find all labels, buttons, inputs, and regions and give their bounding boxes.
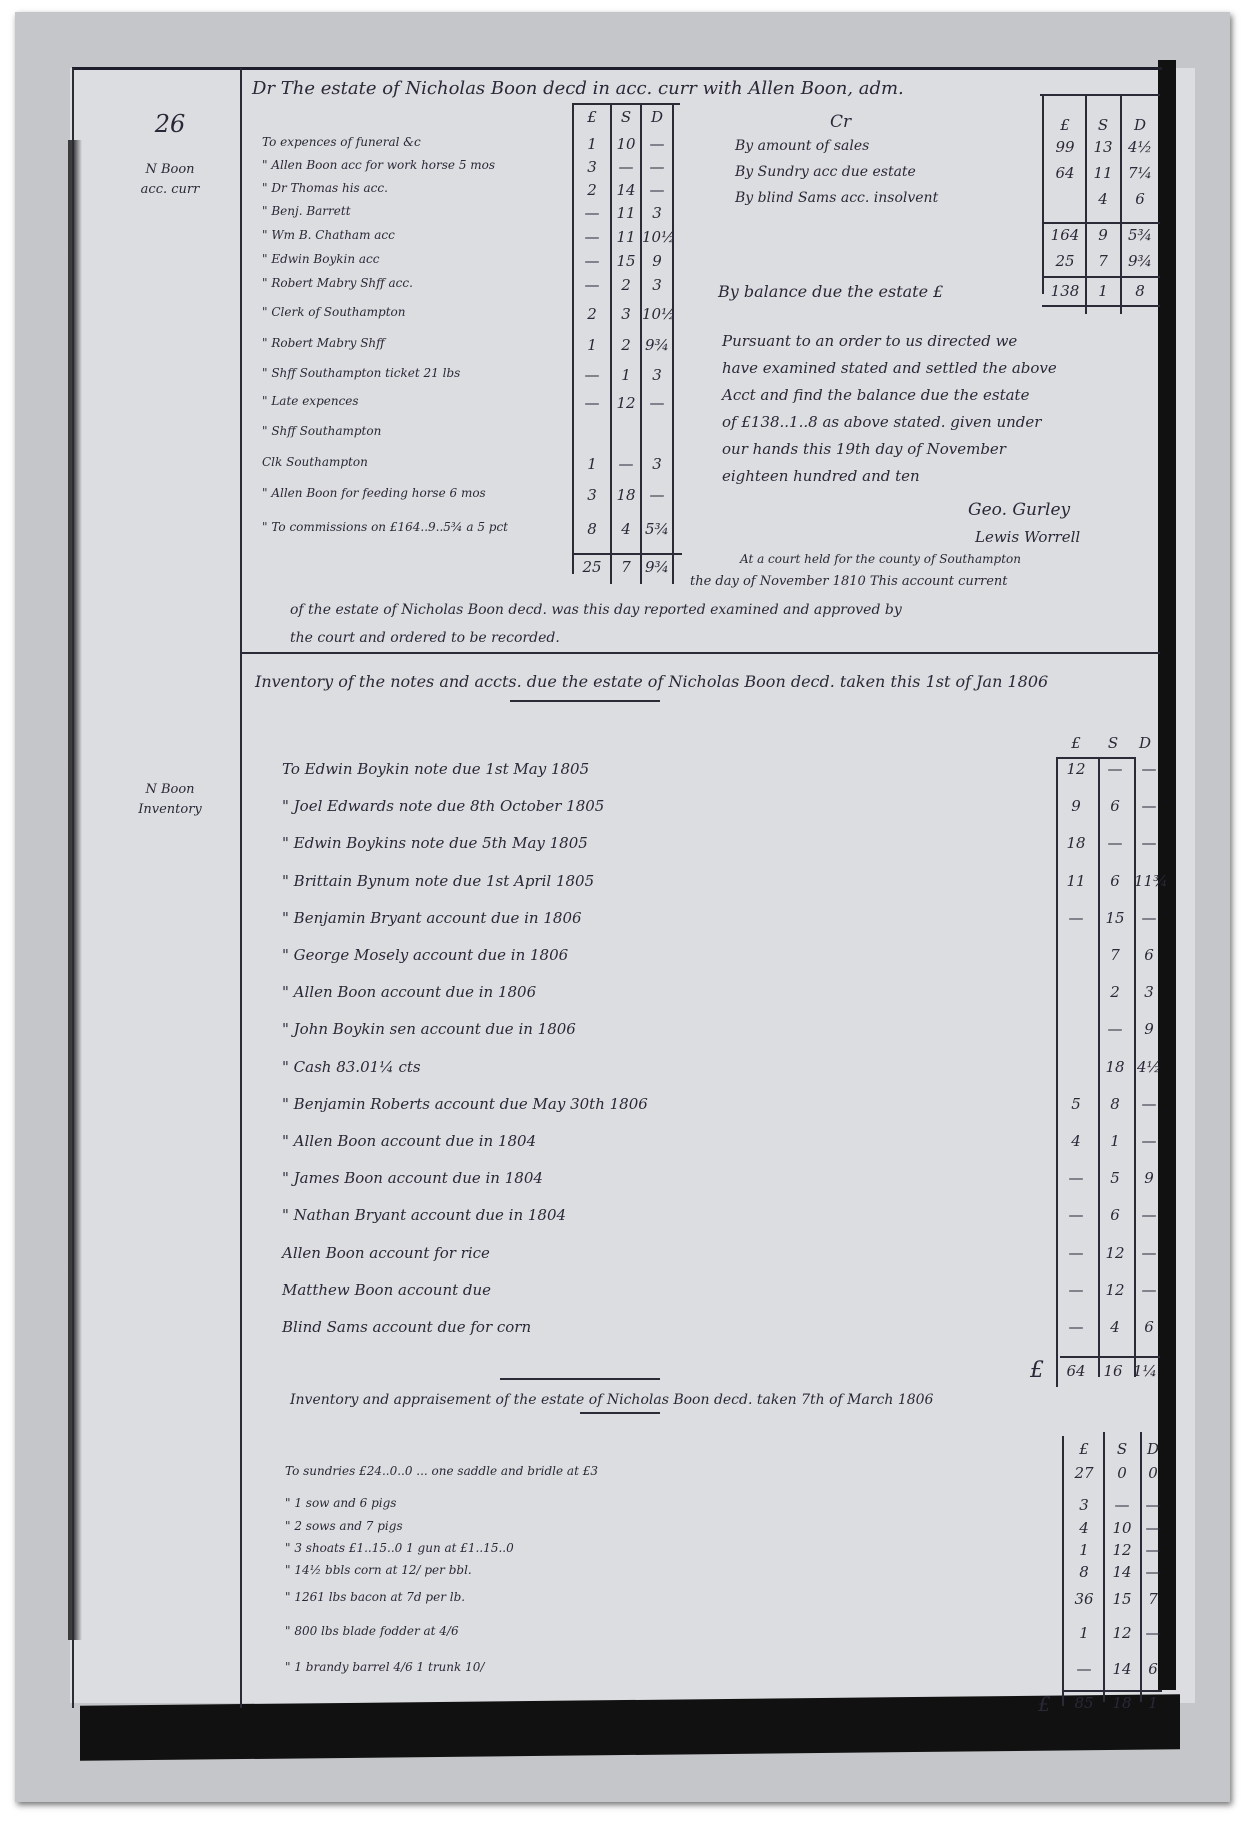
debit-header-pounds: £ (576, 108, 608, 126)
account-title: Dr The estate of Nicholas Boon decd in a… (252, 78, 904, 99)
credit-header-pounds: £ (1046, 116, 1084, 134)
entry-shillings: 13 (1087, 138, 1119, 156)
entry-pence: 9¾ (642, 336, 672, 354)
margin-note-inventory: N Boon Inventory (115, 780, 225, 820)
entry-description: Clk Southampton (262, 455, 368, 469)
entry-pence: — (1142, 1563, 1164, 1581)
entry-description: " Joel Edwards note due 8th October 1805 (282, 797, 604, 815)
entry-shillings: 5 (1098, 1169, 1132, 1187)
credit-subtotal-rule (1042, 222, 1160, 224)
entry-description: " 3 shoats £1..15..0 1 gun at £1..15..0 (285, 1541, 514, 1555)
entry-pounds: 27 (1066, 1464, 1102, 1482)
entry-pence: — (642, 181, 672, 199)
entry-shillings: 15 (1105, 1590, 1139, 1608)
debit-total-rule (572, 553, 682, 555)
entry-shillings: — (1098, 1020, 1132, 1038)
entry-pence: 6 (1134, 946, 1164, 964)
entry-description: " Benjamin Bryant account due in 1806 (282, 909, 582, 927)
entry-shillings: 3 (612, 305, 640, 323)
entry-description: " Robert Mabry Shff acc. (262, 276, 413, 290)
credit-header-pence: D (1122, 116, 1158, 134)
entry-description: " 1 sow and 6 pigs (285, 1496, 396, 1510)
entry-pence: 3 (1134, 983, 1164, 1001)
entry-shillings: 4 (612, 520, 640, 538)
inv-total-label: £ (1030, 1358, 1044, 1383)
entry-pounds: — (1058, 1281, 1094, 1299)
entry-shillings: 6 (1098, 1206, 1132, 1224)
balance-pounds: 138 (1046, 282, 1084, 300)
entry-pounds: 64 (1046, 164, 1084, 182)
entry-pence: — (642, 394, 672, 412)
credit-header-rule (1040, 94, 1160, 96)
entry-shillings: 4 (1087, 190, 1119, 208)
entry-shillings: 14 (612, 181, 640, 199)
entry-shillings: — (1098, 834, 1132, 852)
margin-divider (240, 68, 242, 1708)
entry-pence: 3 (642, 276, 672, 294)
entry-description: Matthew Boon account due (282, 1281, 491, 1299)
entry-pounds: 8 (1066, 1563, 1102, 1581)
entry-shillings: 14 (1105, 1660, 1139, 1678)
appr-col-rule (1062, 1436, 1064, 1706)
debit-total-pounds: 25 (576, 558, 608, 576)
entry-pence: 3 (642, 366, 672, 384)
credit-col-rule (1042, 94, 1044, 294)
entry-description: " John Boykin sen account due in 1806 (282, 1020, 576, 1038)
debit-header-rule (572, 103, 680, 105)
debit-total-pence: 9¾ (642, 558, 672, 576)
entry-pounds: — (1058, 1206, 1094, 1224)
margin-note-line: N Boon (115, 780, 225, 800)
title-underline (510, 700, 660, 702)
entry-pence: 5¾ (642, 520, 672, 538)
entry-pounds: 36 (1066, 1590, 1102, 1608)
entry-pounds: — (1058, 1318, 1094, 1336)
entry-shillings: 2 (612, 276, 640, 294)
entry-pence: — (642, 158, 672, 176)
entry-pence: 4½ (1122, 138, 1158, 156)
inv-header-shillings: S (1098, 734, 1128, 752)
inv-header-rule (1056, 757, 1136, 759)
entry-pounds: 1 (576, 336, 608, 354)
title-underline (500, 1378, 660, 1380)
entry-shillings: 11 (1087, 164, 1119, 182)
entry-pounds: — (576, 204, 608, 222)
credit-header-shillings: S (1087, 116, 1119, 134)
entry-description: " Cash 83.01¼ cts (282, 1058, 421, 1076)
margin-note-account: N Boon acc. curr (115, 160, 225, 200)
entry-pounds: 2 (576, 181, 608, 199)
entry-pence: — (1134, 797, 1164, 815)
entry-pence: 10½ (642, 305, 672, 323)
margin-note-line: Inventory (115, 800, 225, 820)
entry-shillings: — (1098, 760, 1132, 778)
entry-shillings: 15 (612, 252, 640, 270)
page-number: 26 (150, 110, 190, 138)
entry-shillings: 8 (1098, 1095, 1132, 1113)
entry-pounds: 3 (1066, 1496, 1102, 1514)
inv-total-pounds: 64 (1058, 1362, 1094, 1380)
appr-total-rule (1062, 1690, 1162, 1692)
entry-pounds: 3 (576, 486, 608, 504)
entry-shillings: 12 (1098, 1281, 1132, 1299)
debit-col-rule (672, 104, 674, 584)
entry-pence: 10½ (642, 228, 672, 246)
appr-total-label: £ (1038, 1692, 1051, 1716)
entry-description: By amount of sales (735, 138, 869, 154)
credit-subtotal-pounds: 164 (1046, 226, 1084, 244)
entry-pounds: — (1058, 909, 1094, 927)
entry-shillings: 12 (612, 394, 640, 412)
entry-description: " 1 brandy barrel 4/6 1 trunk 10/ (285, 1660, 484, 1674)
entry-description: Allen Boon account for rice (282, 1244, 490, 1262)
entry-pence: 7 (1142, 1590, 1164, 1608)
section-divider (240, 652, 1160, 654)
entry-shillings: 6 (1098, 797, 1132, 815)
entry-pence: 3 (642, 455, 672, 473)
entry-pence: 4½ (1134, 1058, 1164, 1076)
inv-total-pence: 1¼ (1130, 1362, 1160, 1380)
entry-shillings: 18 (612, 486, 640, 504)
entry-shillings: 2 (612, 336, 640, 354)
balance-label: By balance due the estate £ (718, 282, 943, 301)
entry-description: By Sundry acc due estate (735, 164, 916, 180)
entry-pounds: 1 (576, 455, 608, 473)
entry-pence: — (1142, 1541, 1164, 1559)
entry-pence: 6 (1134, 1318, 1164, 1336)
balance-pence: 8 (1122, 282, 1158, 300)
entry-description: To sundries £24..0..0 ... one saddle and… (285, 1464, 598, 1478)
page-edge-shadow-left (68, 140, 82, 1640)
entry-pence: 6 (1142, 1660, 1164, 1678)
entry-pence: — (1134, 1244, 1164, 1262)
entry-pounds: — (576, 252, 608, 270)
entry-pounds: 9 (1058, 797, 1094, 815)
entry-shillings: — (612, 158, 640, 176)
entry-shillings: 4 (1098, 1318, 1132, 1336)
credit-label: Cr (830, 112, 851, 132)
entry-pence: — (1134, 1095, 1164, 1113)
title-underline (580, 1412, 660, 1414)
entry-pence: — (1142, 1496, 1164, 1514)
entry-pounds: 18 (1058, 834, 1094, 852)
entry-pounds: 1 (1066, 1541, 1102, 1559)
entry-pence: 9 (1134, 1020, 1164, 1038)
debit-col-rule (572, 104, 574, 574)
court-note-line-2: the day of November 1810 This account cu… (690, 574, 1008, 589)
entry-description: " Benjamin Roberts account due May 30th … (282, 1095, 648, 1113)
entry-pence: — (1134, 1206, 1164, 1224)
entry-description: " Allen Boon account due in 1804 (282, 1132, 536, 1150)
balance-rule (1042, 276, 1160, 278)
entry-shillings: 6 (1098, 872, 1132, 890)
entry-description: " Nathan Bryant account due in 1804 (282, 1206, 566, 1224)
credit-subtotal-pence: 5¾ (1122, 226, 1158, 244)
appr-header-pence: D (1142, 1440, 1164, 1458)
entry-description: " Allen Boon for feeding horse 6 mos (262, 486, 486, 500)
entry-description: " Brittain Bynum note due 1st April 1805 (282, 872, 594, 890)
appr-total-pence: 1 (1142, 1694, 1164, 1712)
entry-shillings: 7 (1098, 946, 1132, 964)
entry-shillings: 15 (1098, 909, 1132, 927)
credit-less-shillings: 7 (1087, 252, 1119, 270)
entry-description: Blind Sams account due for corn (282, 1318, 531, 1336)
entry-description: " Wm B. Chatham acc (262, 228, 395, 242)
entry-description: " Allen Boon account due in 1806 (282, 983, 536, 1001)
entry-shillings: 10 (1105, 1519, 1139, 1537)
entry-description: " Shff Southampton ticket 21 lbs (262, 366, 460, 380)
entry-pounds: 1 (576, 135, 608, 153)
entry-shillings: 1 (1098, 1132, 1132, 1150)
entry-description: " Benj. Barrett (262, 204, 351, 218)
entry-description: By blind Sams acc. insolvent (735, 190, 938, 206)
entry-description: " Late expences (262, 394, 359, 408)
inventory-notes-title: Inventory of the notes and accts. due th… (255, 672, 1048, 691)
page-top-rule (72, 67, 1162, 70)
entry-description: " George Mosely account due in 1806 (282, 946, 568, 964)
entry-shillings: 12 (1105, 1624, 1139, 1642)
entry-pence: — (642, 486, 672, 504)
entry-description: " Shff Southampton (262, 424, 381, 438)
entry-pounds: 4 (1066, 1519, 1102, 1537)
entry-pence: 11¾ (1134, 872, 1164, 890)
court-note-line-1: At a court held for the county of Southa… (740, 552, 1021, 566)
entry-description: " 14½ bbls corn at 12/ per bbl. (285, 1563, 472, 1577)
signature-gurley: Geo. Gurley (968, 500, 1070, 520)
entry-shillings: — (612, 455, 640, 473)
entry-pence: 0 (1142, 1464, 1164, 1482)
debit-header-shillings: S (612, 108, 640, 126)
court-note-line-4: the court and ordered to be recorded. (290, 630, 560, 646)
entry-shillings: 11 (612, 204, 640, 222)
appr-header-shillings: S (1105, 1440, 1139, 1458)
inv-total-rule (1060, 1356, 1160, 1358)
entry-pence: — (1134, 909, 1164, 927)
entry-pence: 9 (642, 252, 672, 270)
entry-description: " 800 lbs blade fodder at 4/6 (285, 1624, 459, 1638)
entry-shillings: 0 (1105, 1464, 1139, 1482)
entry-pounds: — (1058, 1244, 1094, 1262)
entry-shillings: 12 (1105, 1541, 1139, 1559)
entry-pounds: — (576, 228, 608, 246)
entry-pounds: 2 (576, 305, 608, 323)
entry-shillings: 1 (612, 366, 640, 384)
entry-description: " Clerk of Southampton (262, 305, 405, 319)
appr-total-shillings: 18 (1105, 1694, 1139, 1712)
entry-pounds: 99 (1046, 138, 1084, 156)
entry-pounds: 8 (576, 520, 608, 538)
entry-pounds: 1 (1066, 1624, 1102, 1642)
entry-description: " 2 sows and 7 pigs (285, 1519, 403, 1533)
margin-note-line: acc. curr (115, 180, 225, 200)
balance-rule-bottom (1042, 305, 1160, 307)
entry-shillings: 2 (1098, 983, 1132, 1001)
entry-shillings: 12 (1098, 1244, 1132, 1262)
entry-pence: — (642, 135, 672, 153)
entry-pounds: 12 (1058, 760, 1094, 778)
credit-less-pounds: 25 (1046, 252, 1084, 270)
credit-subtotal-shillings: 9 (1087, 226, 1119, 244)
entry-pounds: 4 (1058, 1132, 1094, 1150)
signature-worrell: Lewis Worrell (975, 528, 1080, 546)
entry-pence: 6 (1122, 190, 1158, 208)
appr-header-pounds: £ (1066, 1440, 1102, 1458)
entry-shillings: 11 (612, 228, 640, 246)
entry-pounds: 3 (576, 158, 608, 176)
credit-less-pence: 9¾ (1122, 252, 1158, 270)
entry-description: " Robert Mabry Shff (262, 336, 385, 350)
entry-pounds: 5 (1058, 1095, 1094, 1113)
entry-pence: — (1134, 834, 1164, 852)
appr-total-pounds: 85 (1066, 1694, 1102, 1712)
entry-shillings: 14 (1105, 1563, 1139, 1581)
inv-header-pence: D (1130, 734, 1160, 752)
court-note-line-3: of the estate of Nicholas Boon decd. was… (290, 602, 902, 618)
entry-description: " Allen Boon acc for work horse 5 mos (262, 158, 495, 172)
entry-description: " Edwin Boykin acc (262, 252, 380, 266)
entry-description: To Edwin Boykin note due 1st May 1805 (282, 760, 589, 778)
entry-pence: — (1142, 1519, 1164, 1537)
entry-pence: 7¼ (1122, 164, 1158, 182)
entry-pence: 3 (642, 204, 672, 222)
entry-pounds: — (576, 276, 608, 294)
balance-shillings: 1 (1087, 282, 1119, 300)
entry-shillings: — (1105, 1496, 1139, 1514)
entry-shillings: 18 (1098, 1058, 1132, 1076)
page-edge-shadow-bottom (80, 1694, 1180, 1761)
entry-pounds: 11 (1058, 872, 1094, 890)
entry-pounds: — (1066, 1660, 1102, 1678)
margin-note-line: N Boon (115, 160, 225, 180)
debit-total-shillings: 7 (612, 558, 640, 576)
entry-pounds: — (576, 366, 608, 384)
inv-header-pounds: £ (1058, 734, 1094, 752)
entry-description: " Dr Thomas his acc. (262, 181, 388, 195)
entry-pence: — (1134, 1281, 1164, 1299)
entry-shillings: 10 (612, 135, 640, 153)
certification-text: Pursuant to an order to us directed we h… (722, 328, 1162, 490)
entry-description: " To commissions on £164..9..5¾ a 5 pct (262, 520, 508, 534)
left-border (72, 68, 74, 1708)
inv-total-shillings: 16 (1098, 1362, 1128, 1380)
entry-description: " 1261 lbs bacon at 7d per lb. (285, 1590, 465, 1604)
entry-pounds: — (576, 394, 608, 412)
entry-description: " James Boon account due in 1804 (282, 1169, 543, 1187)
entry-pence: — (1134, 760, 1164, 778)
entry-pence: — (1134, 1132, 1164, 1150)
entry-description: " Edwin Boykins note due 5th May 1805 (282, 834, 588, 852)
entry-description: To expences of funeral &c (262, 135, 421, 149)
entry-pounds: — (1058, 1169, 1094, 1187)
debit-header-pence: D (642, 108, 672, 126)
appraisement-title: Inventory and appraisement of the estate… (290, 1392, 933, 1408)
entry-pence: — (1142, 1624, 1164, 1642)
entry-pence: 9 (1134, 1169, 1164, 1187)
